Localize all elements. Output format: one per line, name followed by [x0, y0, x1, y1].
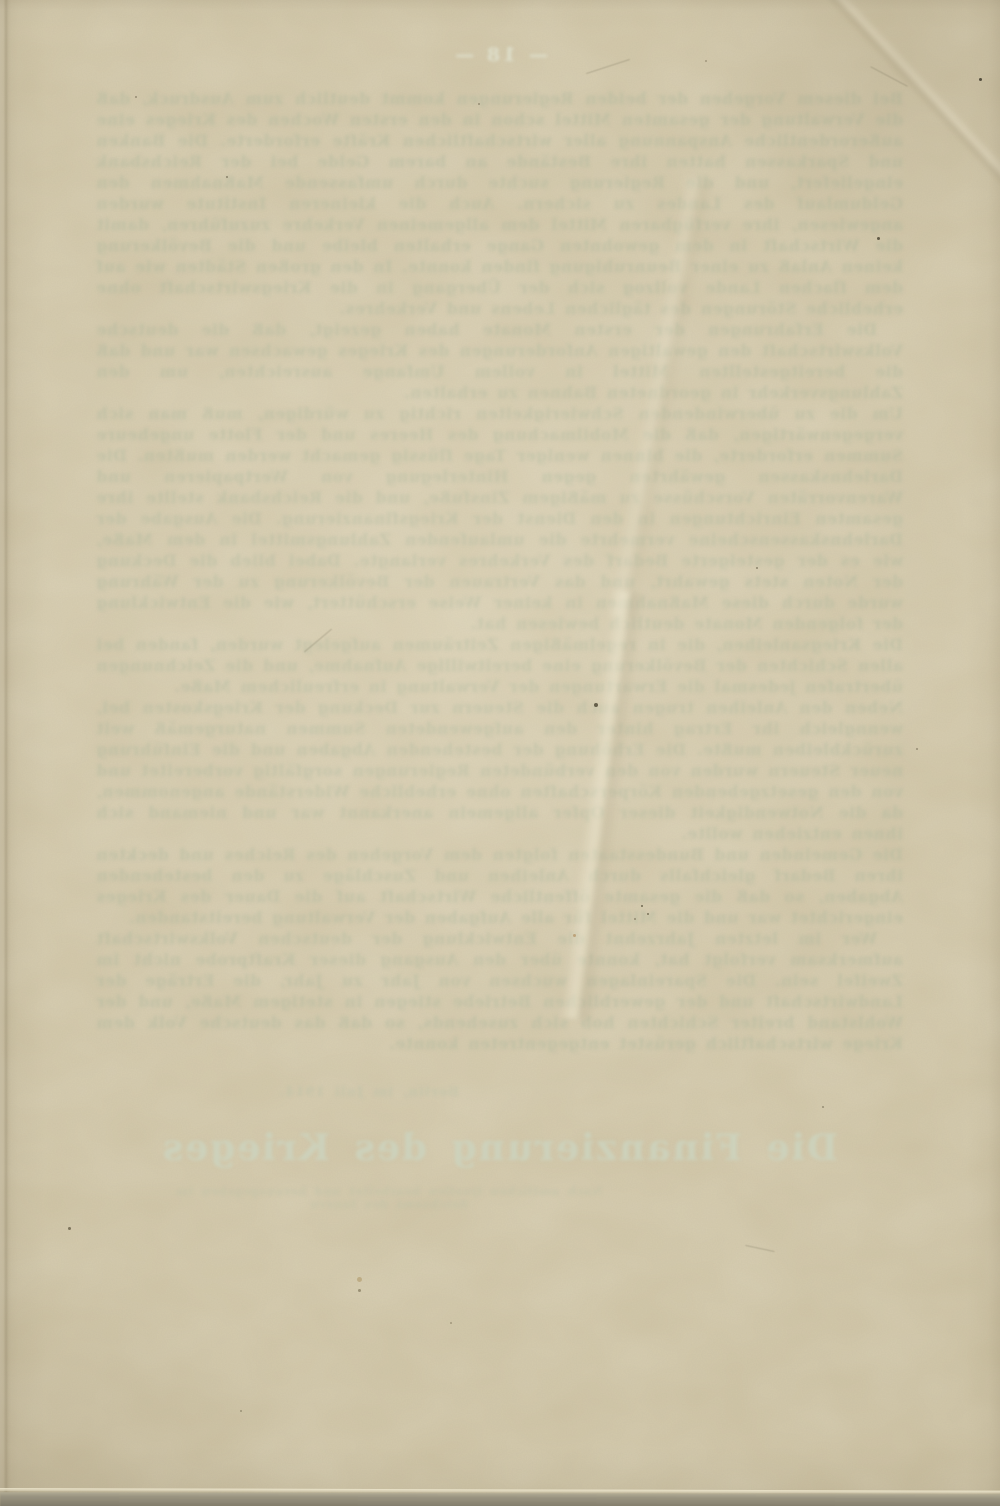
paper-speck [478, 103, 480, 105]
paper-speck [358, 1289, 361, 1292]
ghost-paragraph: Bei diesem Vorgehen der beiden Regierung… [96, 88, 903, 319]
top-right-corner-crease [821, 0, 1000, 201]
paper-fiber [304, 629, 332, 653]
paper-speck [450, 1322, 452, 1324]
ghost-paragraph: Die Erfahrungen der ersten Monate haben … [96, 319, 903, 403]
ghost-sub-line: Nach amtlichen Quellen bearbeitet und he… [139, 1185, 639, 1211]
ghost-paragraph: Die Kriegsanleihen, die in regelmäßigen … [96, 634, 903, 697]
paper-speck [979, 78, 982, 81]
paper-speck [647, 913, 649, 915]
paper-speck [756, 567, 758, 569]
ghost-paragraph: Die Gemeinden und Bundesstaaten folgten … [96, 844, 903, 928]
paper-speck [916, 748, 918, 750]
bleedthrough-layer: — 18 — Bei diesem Vorgehen der beiden Re… [0, 0, 1000, 1506]
left-binding-fold [0, 0, 11, 1506]
bottom-edge-strip [0, 1492, 1000, 1506]
ghost-text-block: Bei diesem Vorgehen der beiden Regierung… [96, 88, 903, 1211]
page-vignette [0, 0, 1000, 1506]
paper-speck [357, 1277, 362, 1282]
paper-speck [641, 905, 643, 907]
bottom-edge-highlight [0, 1488, 1000, 1494]
paper-speck [226, 176, 228, 178]
center-crease-upper [558, 168, 753, 627]
ghost-date-line: Berlin, im Juli 1914. [264, 1085, 459, 1100]
paper-speck [573, 934, 576, 937]
paper-speck [240, 1410, 242, 1412]
paper-speck [634, 918, 636, 920]
ghost-paragraph: Neben den Anleihen trugen auch die Steue… [96, 697, 903, 844]
paper-fiber [745, 1245, 775, 1252]
ghost-paragraph: Wer im letzten Jahrzehnt die Entwicklung… [96, 928, 903, 1054]
ghost-chapter-headline: Die Finanzierung des Krieges [96, 1127, 903, 1169]
ghost-page-number: — 18 — [420, 44, 580, 66]
ghost-paragraph: Um die zu überwindenden Schwierigkeiten … [96, 403, 903, 634]
center-crease [518, 585, 680, 1025]
scanned-page: — 18 — Bei diesem Vorgehen der beiden Re… [0, 0, 1000, 1506]
paper-speck [594, 703, 598, 707]
paper-fiber [586, 59, 630, 74]
paper-fiber [870, 66, 908, 87]
paper-speck [68, 1227, 71, 1230]
paper-speck [705, 60, 707, 62]
paper-speck [135, 96, 137, 98]
paper-speck [822, 1106, 824, 1108]
paper-speck [877, 237, 880, 240]
paper-grain-texture [0, 0, 1000, 1506]
